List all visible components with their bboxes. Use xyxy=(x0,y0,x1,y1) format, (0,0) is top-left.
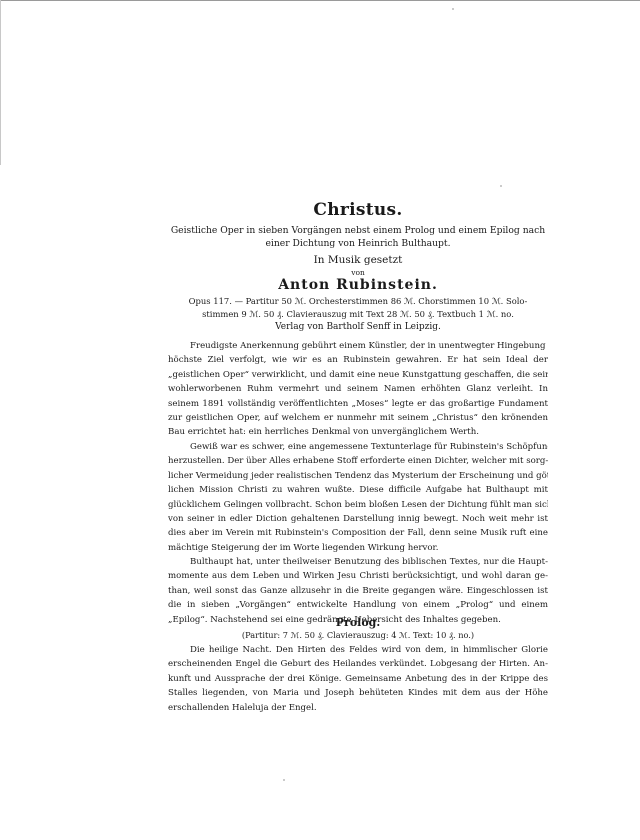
text-line: lichen Mission Christi zu wahren wußte. … xyxy=(168,483,548,497)
price-line: stimmen 9 ℳ. 50 ₰. Clavierauszug mit Tex… xyxy=(168,308,548,321)
scan-speck xyxy=(500,185,502,187)
prolog-heading: Prolog. xyxy=(168,616,548,629)
text-line: than, weil sonst das Ganze allzusehr in … xyxy=(168,584,548,598)
text-line: Bau errichtet hat: ein herrliches Denkma… xyxy=(168,425,548,439)
text-line: seinem 1891 vollständig veröffentlichten… xyxy=(168,397,548,411)
text-line: kunft und Aussprache der drei Könige. Ge… xyxy=(168,672,548,686)
set-to-music-label: In Musik gesetzt xyxy=(168,254,548,266)
text-line: Freudigste Anerkennung gebührt einem Kün… xyxy=(168,339,548,353)
document-subtitle: Geistliche Oper in sieben Vorgängen nebs… xyxy=(168,224,548,250)
prolog-prices: (Partitur: 7 ℳ. 50 ₰. Clavierauszug: 4 ℳ… xyxy=(168,630,548,640)
scan-speck xyxy=(283,779,285,781)
scan-border-top xyxy=(0,0,640,1)
text-line: mächtige Steigerung der im Worte liegend… xyxy=(168,541,548,555)
text-line: erschallenden Haleluja der Engel. xyxy=(168,701,548,715)
text-line: höchste Ziel verfolgt, wie wir es an Rub… xyxy=(168,353,548,367)
paragraph-1: Freudigste Anerkennung gebührt einem Kün… xyxy=(168,339,548,440)
text-line: momente aus dem Leben und Wirken Jesu Ch… xyxy=(168,569,548,583)
text-line: erscheinenden Engel die Geburt des Heila… xyxy=(168,657,548,671)
subtitle-line: einer Dichtung von Heinrich Bulthaupt. xyxy=(168,237,548,250)
text-line: Stalles liegenden, von Maria und Joseph … xyxy=(168,686,548,700)
text-line: licher Vermeidung jeder realistischen Te… xyxy=(168,469,548,483)
text-line: von seiner in edler Diction gehaltenen D… xyxy=(168,512,548,526)
prolog-paragraph: Die heilige Nacht. Den Hirten des Feldes… xyxy=(168,643,548,715)
subtitle-line: Geistliche Oper in sieben Vorgängen nebs… xyxy=(168,224,548,237)
document-title: Christus. xyxy=(168,200,548,220)
scan-border-left xyxy=(0,0,1,165)
composer-name: Anton Rubinstein. xyxy=(168,277,548,293)
by-label: von xyxy=(168,268,548,277)
scan-speck xyxy=(452,8,454,10)
text-line: wohlerworbenen Ruhm vermehrt und seinem … xyxy=(168,382,548,396)
price-line: Opus 117. — Partitur 50 ℳ. Orchesterstim… xyxy=(168,295,548,308)
text-line: Die heilige Nacht. Den Hirten des Feldes… xyxy=(168,643,548,657)
text-line: Bulthaupt hat, unter theilweiser Benutzu… xyxy=(168,555,548,569)
paragraph-2: Gewiß war es schwer, eine angemessene Te… xyxy=(168,440,548,555)
text-line: herzustellen. Der über Alles erhabene St… xyxy=(168,454,548,468)
publisher-line: Verlag von Bartholf Senff in Leipzig. xyxy=(168,322,548,332)
text-line: glücklichem Gelingen vollbracht. Schon b… xyxy=(168,498,548,512)
text-line: „geistlichen Oper“ verwirklicht, und dam… xyxy=(168,368,548,382)
text-line: die in sieben „Vorgängen“ entwickelte Ha… xyxy=(168,598,548,612)
text-line: Gewiß war es schwer, eine angemessene Te… xyxy=(168,440,548,454)
price-list: Opus 117. — Partitur 50 ℳ. Orchesterstim… xyxy=(168,295,548,320)
text-line: dies aber im Verein mit Rubinstein's Com… xyxy=(168,526,548,540)
text-line: zur geistlichen Oper, auf welchem er nun… xyxy=(168,411,548,425)
